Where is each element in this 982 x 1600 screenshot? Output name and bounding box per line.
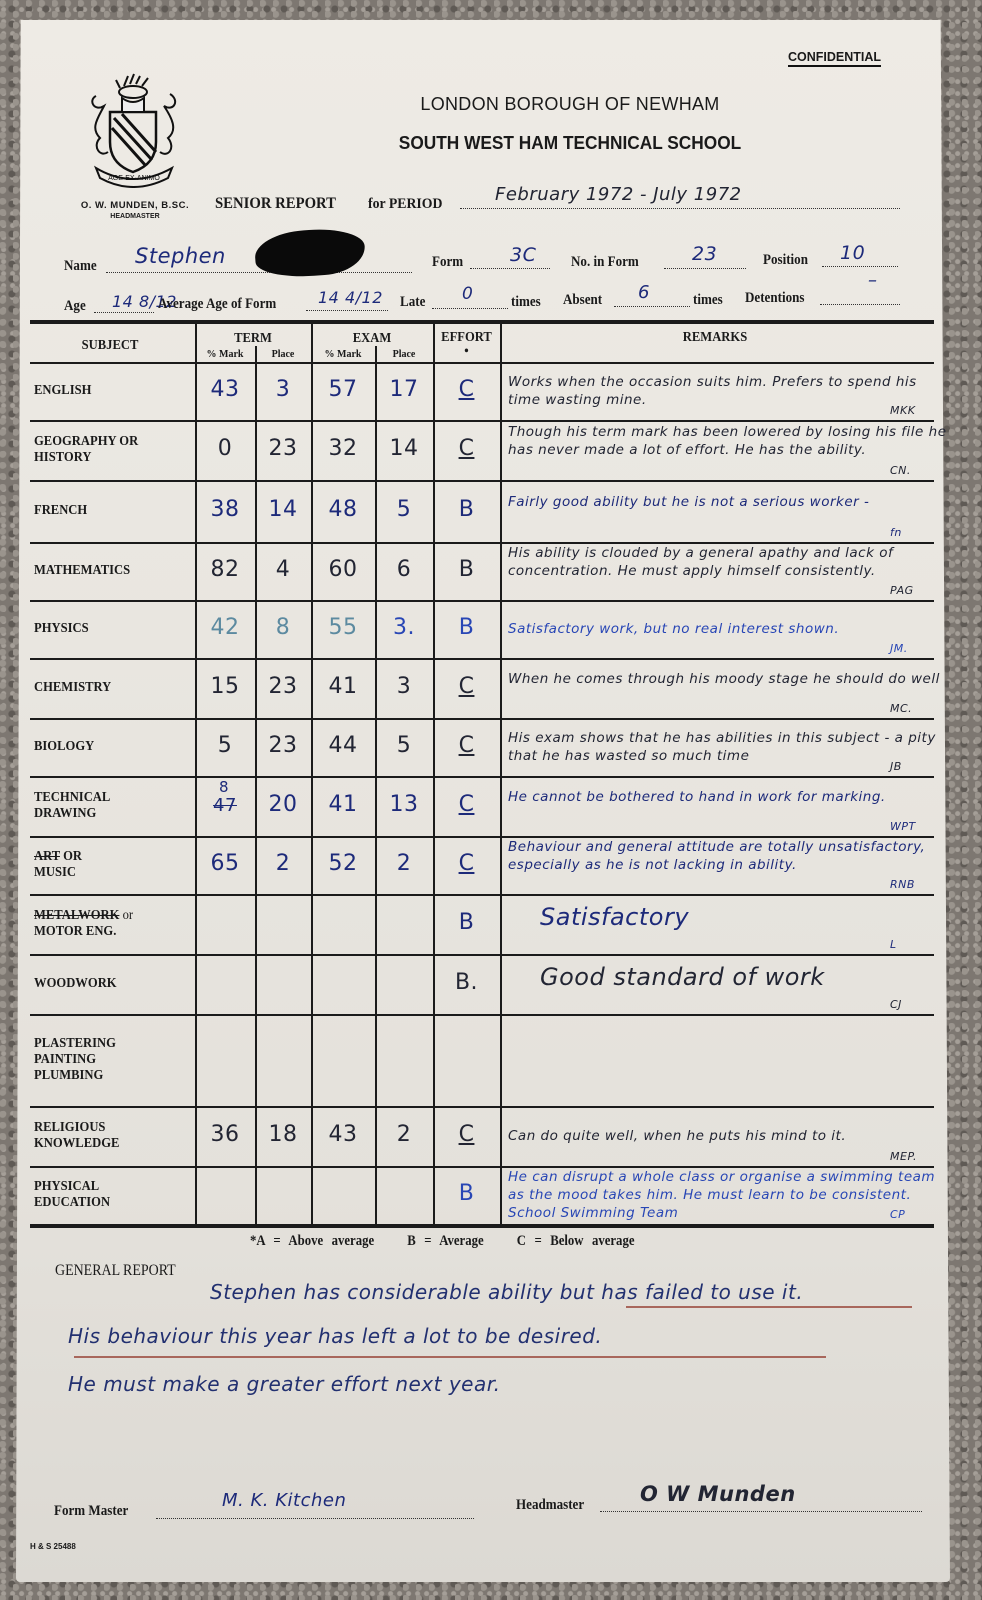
form-master-signature: M. K. Kitchen	[222, 1490, 346, 1511]
exam-place: 13	[375, 792, 433, 817]
age-dotted-line	[94, 312, 154, 313]
name-dotted-line	[106, 272, 412, 273]
term-mark: 38	[195, 497, 255, 522]
term-place: 23	[255, 436, 311, 461]
no-in-form-value: 23	[692, 243, 717, 265]
legend-below-average: C = Below average	[517, 1233, 635, 1249]
row-divider	[30, 420, 934, 422]
detentions-label: Detentions	[745, 290, 804, 307]
header-exam-mark: % Mark	[311, 349, 375, 360]
late-label: Late	[400, 294, 425, 311]
header-remarks: REMARKS	[522, 330, 909, 346]
exam-place: 6	[375, 557, 433, 582]
general-report-label: GENERAL REPORT	[55, 1262, 176, 1280]
term-place: 20	[255, 792, 311, 817]
row-divider	[30, 480, 934, 482]
term-place: 2	[255, 851, 311, 876]
position-label: Position	[763, 252, 808, 269]
exam-mark: 52	[311, 851, 375, 876]
teacher-remark: He can disrupt a whole class or organise…	[508, 1168, 948, 1222]
form-value: 3C	[510, 244, 536, 266]
subject-name: ENGLISH	[34, 383, 178, 399]
header-exam: EXAM	[317, 331, 427, 347]
subject-name: GEOGRAPHY ORHISTORY	[34, 434, 178, 466]
teacher-remark: Fairly good ability but he is not a seri…	[508, 493, 948, 511]
effort-grade: B	[433, 557, 500, 582]
teacher-initials: MC.	[890, 702, 912, 715]
subject-name: PLASTERINGPAINTINGPLUMBING	[34, 1036, 178, 1084]
row-divider	[30, 954, 934, 956]
teacher-remark: Satisfactory work, but no real interest …	[508, 620, 948, 638]
exam-place: 14	[375, 436, 433, 461]
teacher-remark: Though his term mark has been lowered by…	[508, 423, 948, 459]
absent-label: Absent	[563, 292, 602, 309]
row-divider	[30, 1106, 934, 1108]
term-place: 8	[255, 615, 311, 640]
term-place: 3	[255, 377, 311, 402]
exam-mark: 48	[311, 497, 375, 522]
subject-name: CHEMISTRY	[34, 680, 178, 696]
exam-place: 5	[375, 497, 433, 522]
position-dotted-line	[822, 266, 898, 267]
effort-grade: C	[433, 851, 500, 876]
period-value: February 1972 - July 1972	[495, 184, 742, 205]
effort-grade: C	[433, 733, 500, 758]
subject-name: RELIGIOUSKNOWLEDGE	[34, 1120, 178, 1152]
effort-grade: B	[433, 497, 500, 522]
exam-mark: 43	[311, 1122, 375, 1147]
report-type-label: SENIOR REPORT	[215, 195, 336, 213]
period-dotted-line	[460, 208, 900, 209]
term-place: 23	[255, 733, 311, 758]
effort-grade: B	[433, 615, 500, 640]
row-divider	[30, 1224, 934, 1228]
effort-grade: C	[433, 792, 500, 817]
term-place: 14	[255, 497, 311, 522]
term-place: 18	[255, 1122, 311, 1147]
exam-place: 17	[375, 377, 433, 402]
general-report-underline-2	[74, 1356, 826, 1358]
exam-mark: 57	[311, 377, 375, 402]
teacher-remark: Works when the occasion suits him. Prefe…	[508, 373, 948, 409]
teacher-remark: His exam shows that he has abilities in …	[508, 729, 948, 765]
exam-mark: 41	[311, 674, 375, 699]
average-age-value: 14 4/12	[318, 288, 383, 307]
header-subject: SUBJECT	[38, 338, 182, 354]
headmaster-signature: O W Munden	[640, 1482, 796, 1506]
late-dotted-line	[432, 308, 508, 309]
column-divider	[500, 324, 502, 1224]
school-name: SOUTH WEST HAM TECHNICAL SCHOOL	[340, 133, 801, 154]
name-label: Name	[64, 258, 97, 275]
teacher-initials: RNB	[890, 878, 915, 891]
column-divider	[255, 346, 257, 1224]
exam-place: 2	[375, 851, 433, 876]
borough-name: LONDON BOROUGH OF NEWHAM	[360, 94, 780, 115]
term-mark: 36	[195, 1122, 255, 1147]
exam-place: 2	[375, 1122, 433, 1147]
teacher-remark: Satisfactory	[540, 908, 980, 926]
subject-name: METALWORK orMOTOR ENG.	[34, 908, 178, 940]
grades-table: SUBJECT TERM EXAM % Mark Place % Mark Pl…	[30, 320, 934, 1226]
teacher-initials: WPT	[890, 820, 916, 833]
legend-above-average: *A = Above average	[250, 1233, 374, 1249]
teacher-initials: JM.	[890, 642, 908, 655]
teacher-initials: MEP.	[890, 1150, 917, 1163]
header-term-mark: % Mark	[195, 349, 255, 360]
teacher-initials: L	[890, 938, 897, 951]
headmaster-label: Headmaster	[516, 1497, 584, 1514]
general-report-line-2: His behaviour this year has left a lot t…	[68, 1324, 602, 1348]
teacher-remark: He cannot be bothered to hand in work fo…	[508, 788, 948, 806]
late-times-label: times	[511, 294, 541, 311]
row-divider	[30, 1166, 934, 1168]
teacher-remark: His ability is clouded by a general apat…	[508, 544, 948, 580]
average-age-label: Average Age of Form	[158, 296, 276, 313]
exam-mark: 44	[311, 733, 375, 758]
subject-name: WOODWORK	[34, 976, 178, 992]
term-mark: 15	[195, 674, 255, 699]
subject-name: TECHNICALDRAWING	[34, 790, 178, 822]
absent-dotted-line	[614, 306, 690, 307]
school-crest-icon: AGE·EX·ANIMO	[86, 72, 182, 188]
effort-grade: B.	[433, 970, 500, 995]
period-label: for PERIOD	[368, 196, 443, 213]
teacher-initials: JB	[890, 760, 902, 773]
no-in-form-label: No. in Form	[571, 254, 639, 271]
teacher-remark: Behaviour and general attitude are total…	[508, 838, 948, 874]
teacher-initials: CP	[890, 1208, 905, 1221]
effort-grade: C	[433, 674, 500, 699]
effort-grade: C	[433, 377, 500, 402]
column-divider	[375, 346, 377, 1224]
exam-place: 5	[375, 733, 433, 758]
column-divider	[433, 324, 435, 1224]
detentions-dotted-line	[820, 304, 900, 305]
row-divider	[30, 542, 934, 544]
teacher-initials: fn	[890, 526, 902, 539]
exam-mark: 55	[311, 615, 375, 640]
subject-name: FRENCH	[34, 503, 178, 519]
column-divider	[311, 324, 313, 1224]
printer-code: H & S 25488	[30, 1542, 76, 1551]
term-mark: 65	[195, 851, 255, 876]
teacher-remark: Good standard of work	[540, 968, 980, 986]
row-divider	[30, 836, 934, 838]
term-mark: 82	[195, 557, 255, 582]
headmaster-name: O. W. MUNDEN, B.SC.	[68, 200, 202, 211]
general-report-underline-1	[626, 1306, 912, 1308]
svg-text:AGE·EX·ANIMO: AGE·EX·ANIMO	[108, 175, 160, 182]
row-divider	[30, 658, 934, 660]
form-label: Form	[432, 254, 463, 271]
subject-name: BIOLOGY	[34, 739, 178, 755]
header-term: TERM	[201, 331, 305, 347]
form-master-label: Form Master	[54, 1503, 128, 1520]
subject-name: PHYSICALEDUCATION	[34, 1179, 178, 1211]
teacher-remark: When he comes through his moody stage he…	[508, 670, 948, 688]
teacher-initials: CN.	[890, 464, 911, 477]
row-divider	[30, 894, 934, 896]
term-mark: 42	[195, 615, 255, 640]
header-term-place: Place	[255, 349, 311, 360]
effort-grade: C	[433, 436, 500, 461]
row-divider	[30, 600, 934, 602]
effort-grade: B	[433, 1181, 500, 1206]
subject-name: MATHEMATICS	[34, 563, 178, 579]
row-divider	[30, 776, 934, 778]
teacher-initials: MKK	[890, 404, 915, 417]
term-place: 4	[255, 557, 311, 582]
teacher-initials: PAG	[890, 584, 914, 597]
effort-grade: C	[433, 1122, 500, 1147]
exam-mark: 60	[311, 557, 375, 582]
row-divider	[30, 1014, 934, 1016]
exam-mark: 41	[311, 792, 375, 817]
exam-place: 3	[375, 674, 433, 699]
teacher-remark: Can do quite well, when he puts his mind…	[508, 1127, 948, 1145]
position-value: 10	[840, 242, 865, 264]
subject-name: ART ORMUSIC	[34, 849, 178, 881]
term-mark: 43	[195, 377, 255, 402]
column-divider	[195, 324, 197, 1224]
average-age-dotted-line	[306, 310, 388, 311]
subject-name: PHYSICS	[34, 621, 178, 637]
headmaster-dotted-line	[600, 1511, 922, 1512]
name-value: Stephen	[135, 244, 226, 268]
term-place: 23	[255, 674, 311, 699]
age-label: Age	[64, 298, 86, 315]
term-mark: 5	[195, 733, 255, 758]
effort-grade: B	[433, 910, 500, 935]
row-divider	[30, 718, 934, 720]
absent-value: 6	[638, 282, 650, 303]
table-header-rule	[30, 362, 934, 364]
general-report-line-1: Stephen has considerable ability but has…	[210, 1280, 803, 1304]
general-report-line-3: He must make a greater effort next year.	[68, 1372, 500, 1396]
detentions-value: –	[868, 270, 878, 291]
absent-times-label: times	[693, 292, 723, 309]
exam-place: 3.	[375, 615, 433, 640]
legend-average: B = Average	[407, 1233, 483, 1249]
term-mark: 847	[195, 792, 255, 817]
exam-mark: 32	[311, 436, 375, 461]
late-value: 0	[462, 284, 473, 304]
headmaster-title: HEADMASTER	[68, 213, 202, 220]
no-in-form-dotted-line	[664, 268, 746, 269]
form-master-dotted-line	[156, 1518, 474, 1519]
effort-legend: *A = Above average B = Average C = Below…	[250, 1233, 659, 1250]
term-mark: 0	[195, 436, 255, 461]
form-dotted-line	[470, 268, 550, 269]
teacher-initials: CJ	[890, 998, 902, 1011]
confidential-stamp: CONFIDENTIAL	[788, 50, 881, 67]
header-exam-place: Place	[375, 349, 433, 360]
header-effort-asterisk: •	[436, 344, 496, 360]
table-top-rule	[30, 320, 934, 324]
